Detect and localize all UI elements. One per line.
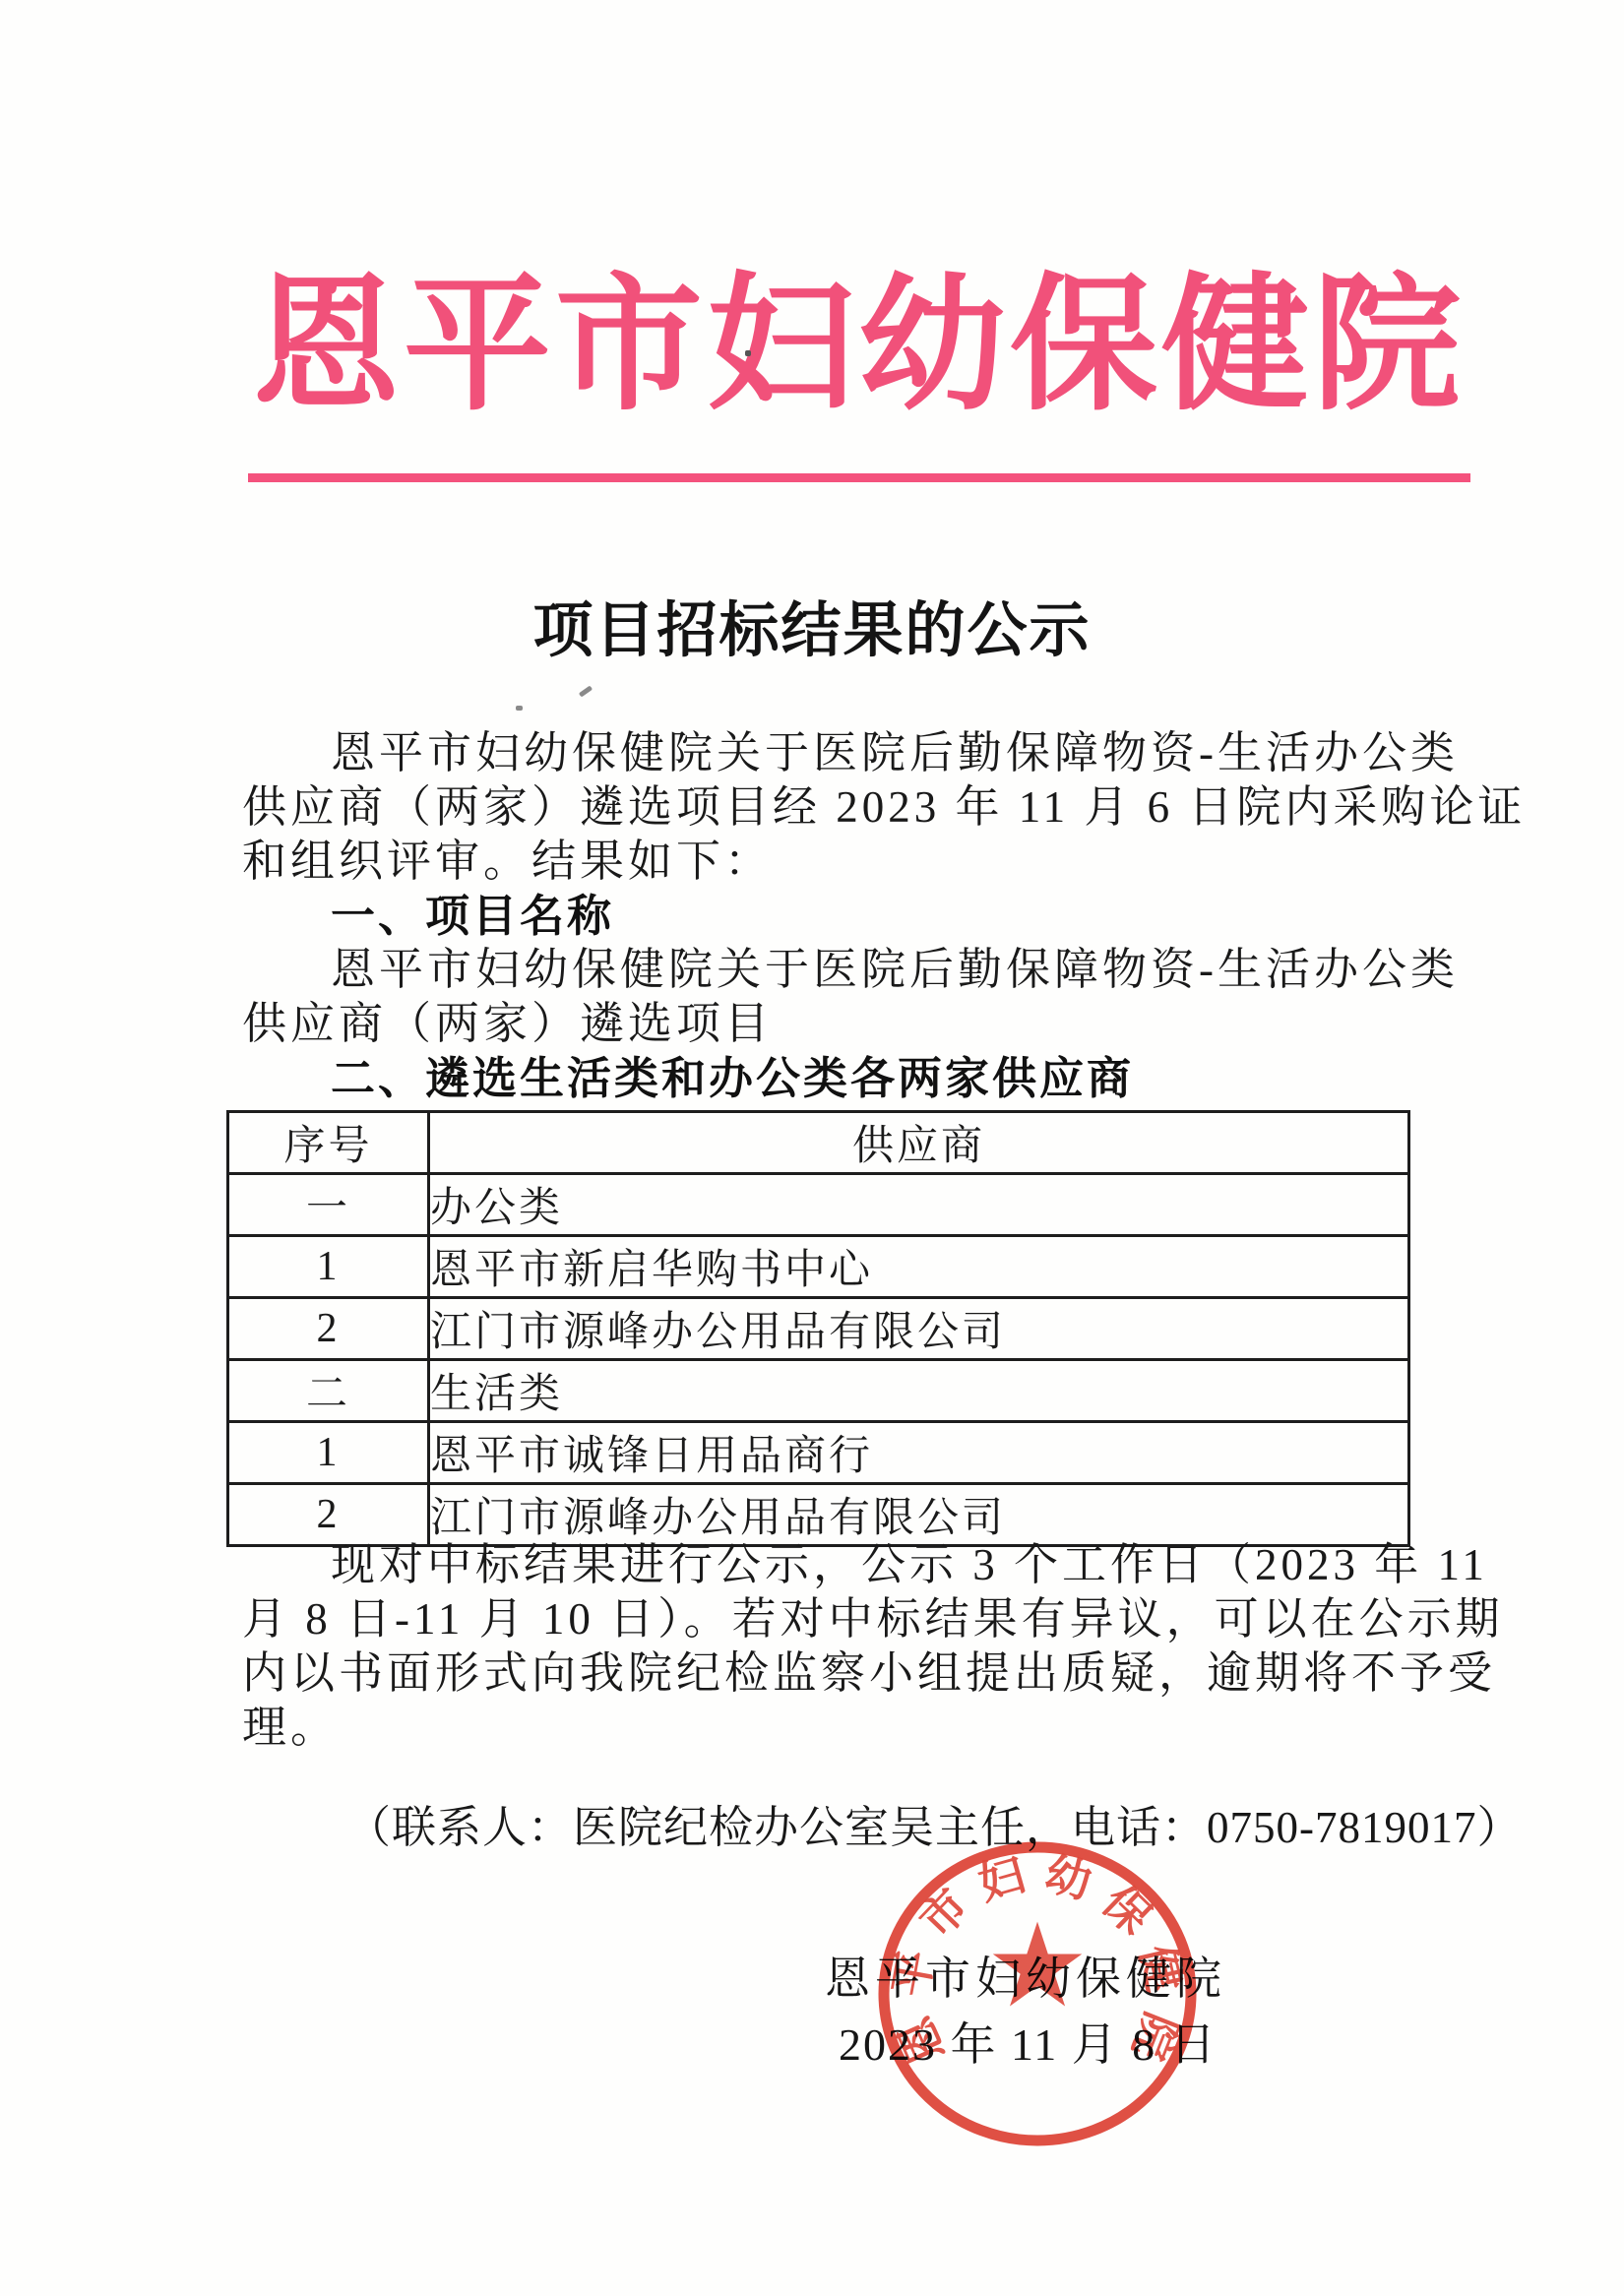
intro-line: 供应商（两家）遴选项目经 2023 年 11 月 6 日院内采购论证 xyxy=(242,780,1433,835)
table-row: 2 江门市源峰办公用品有限公司 xyxy=(228,1484,1409,1546)
row-no: 1 xyxy=(228,1236,429,1298)
row-supplier: 生活类 xyxy=(429,1360,1409,1422)
official-seal: 恩平市妇幼保健院 ★ xyxy=(870,1836,1205,2153)
row-supplier: 江门市源峰办公用品有限公司 xyxy=(429,1298,1409,1360)
body-text-block: 恩平市妇幼保健院关于医院后勤保障物资-生活办公类 供应商（两家）遴选项目经 20… xyxy=(242,726,1433,1105)
section-heading-project-name: 一、项目名称 xyxy=(242,889,1433,943)
notice-line: 内以书面形式向我院纪检监察小组提出质疑，逾期将不予受 xyxy=(242,1646,1433,1701)
intro-line: 和组织评审。结果如下： xyxy=(242,835,1433,889)
notice-text-block: 现对中标结果进行公示，公示 3 个工作日（2023 年 11 月 8 日-11 … xyxy=(242,1538,1433,1755)
notice-line: 现对中标结果进行公示，公示 3 个工作日（2023 年 11 xyxy=(242,1538,1433,1592)
section-heading-suppliers: 二、遴选生活类和办公类各两家供应商 xyxy=(242,1051,1433,1105)
row-no: 2 xyxy=(228,1484,429,1546)
scan-speck xyxy=(516,706,523,711)
star-icon: ★ xyxy=(985,1897,1090,2033)
scanned-document-page: 恩平市妇幼保健院 项目招标结果的公示 恩平市妇幼保健院关于医院后勤保障物资-生活… xyxy=(0,0,1624,2296)
supplier-table: 序号 供应商 一 办公类 1 恩平市新启华购书中心 2 江门市源峰办公用品有限公… xyxy=(226,1110,1410,1547)
notice-line: 理。 xyxy=(242,1701,1433,1755)
row-no: 二 xyxy=(228,1360,429,1422)
scan-speck xyxy=(579,685,593,697)
table-row: 一 办公类 xyxy=(228,1174,1409,1236)
row-supplier: 恩平市新启华购书中心 xyxy=(429,1236,1409,1298)
project-name-line: 恩平市妇幼保健院关于医院后勤保障物资-生活办公类 xyxy=(242,943,1433,997)
scan-speck xyxy=(745,350,751,356)
row-no: 一 xyxy=(228,1174,429,1236)
table-header-no: 序号 xyxy=(228,1112,429,1174)
row-supplier: 江门市源峰办公用品有限公司 xyxy=(429,1484,1409,1546)
page-title: 项目招标结果的公示 xyxy=(0,583,1624,668)
table-row: 二 生活类 xyxy=(228,1360,1409,1422)
table-header-supplier: 供应商 xyxy=(429,1112,1409,1174)
project-name-line: 供应商（两家）遴选项目 xyxy=(242,997,1433,1051)
table-header-row: 序号 供应商 xyxy=(228,1112,1409,1174)
notice-line: 月 8 日-11 月 10 日）。若对中标结果有异议，可以在公示期 xyxy=(242,1592,1433,1646)
letterhead-divider-rule xyxy=(248,473,1470,482)
row-no: 2 xyxy=(228,1298,429,1360)
table-row: 1 恩平市新启华购书中心 xyxy=(228,1236,1409,1298)
row-no: 1 xyxy=(228,1422,429,1484)
letterhead-title: 恩平市妇幼保健院 xyxy=(252,268,1472,425)
table-row: 2 江门市源峰办公用品有限公司 xyxy=(228,1298,1409,1360)
table-row: 1 恩平市诚锋日用品商行 xyxy=(228,1422,1409,1484)
row-supplier: 恩平市诚锋日用品商行 xyxy=(429,1422,1409,1484)
row-supplier: 办公类 xyxy=(429,1174,1409,1236)
intro-line: 恩平市妇幼保健院关于医院后勤保障物资-生活办公类 xyxy=(242,726,1433,780)
